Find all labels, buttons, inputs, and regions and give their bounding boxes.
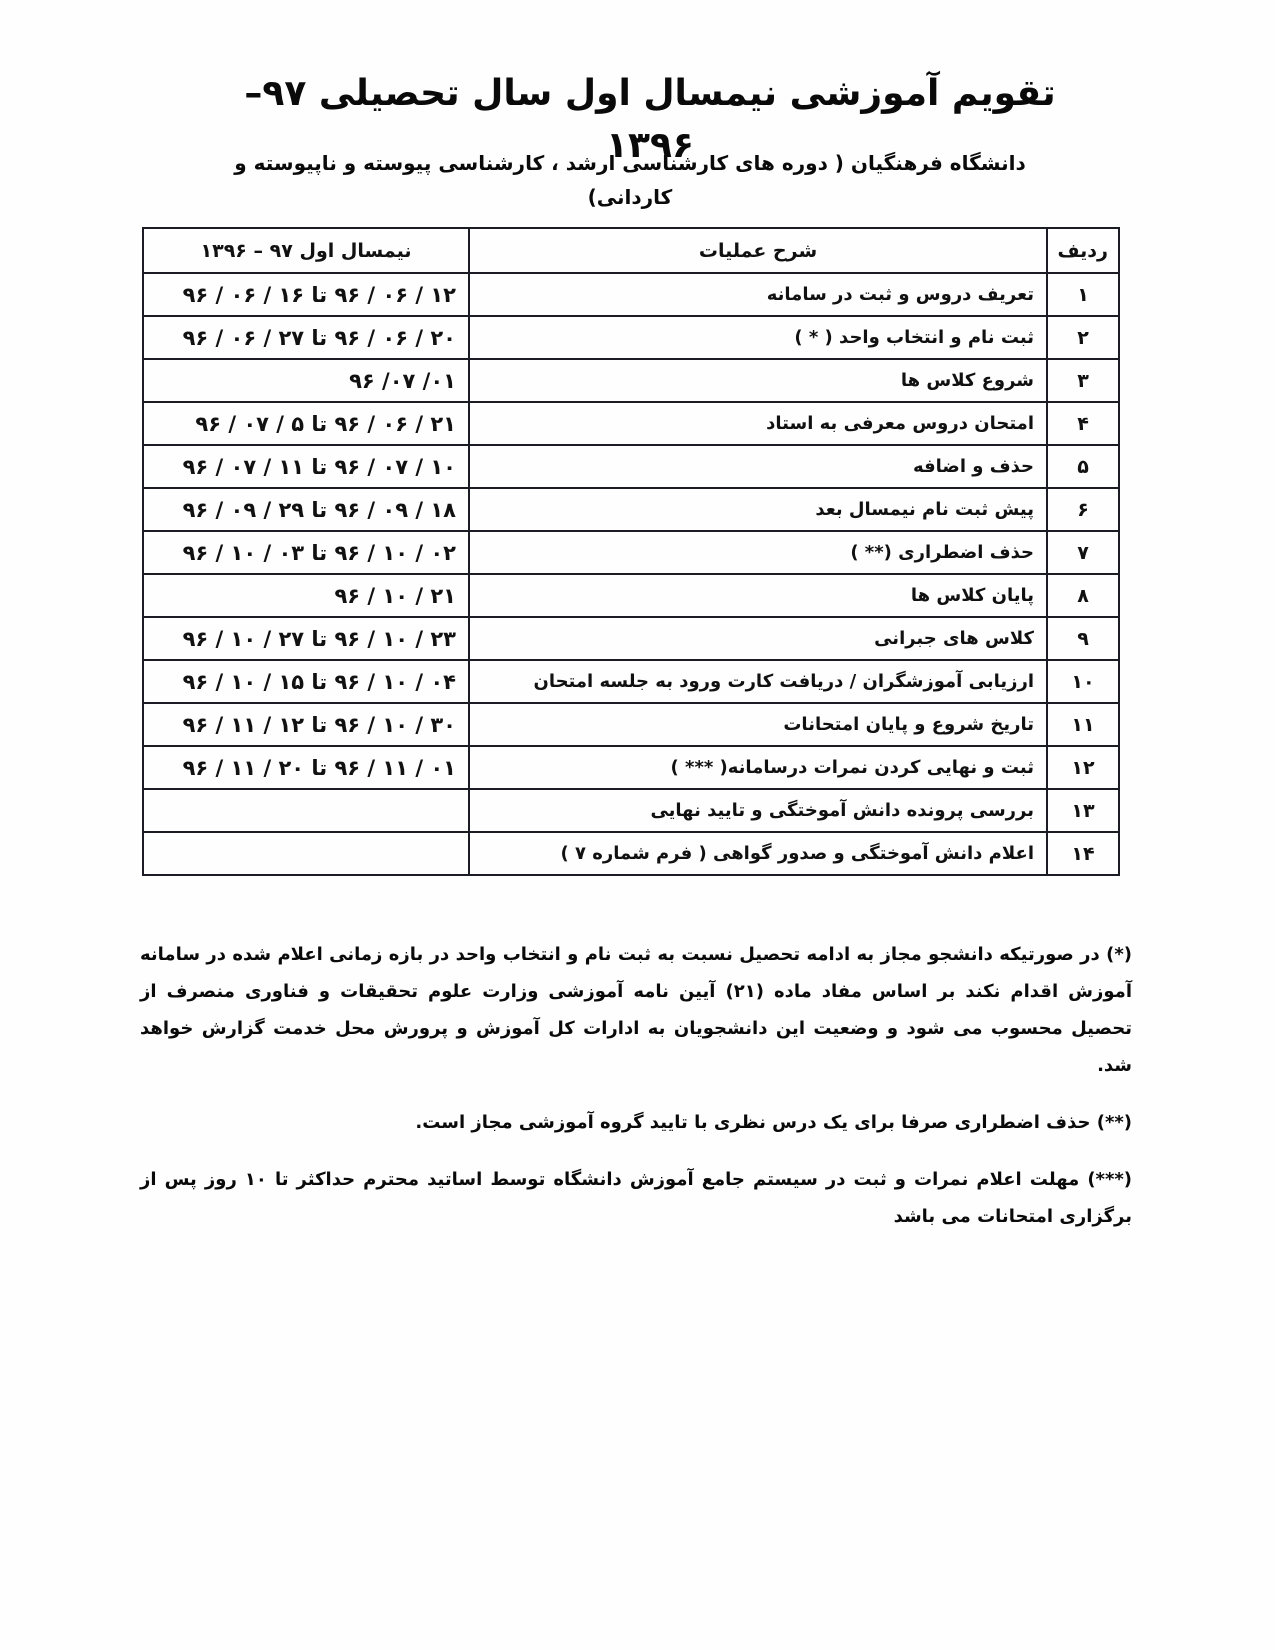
footnote-single-asterisk: (*) در صورتیکه دانشجو مجاز به ادامه تحصی…	[140, 936, 1132, 1084]
row-description: پایان کلاس ها	[469, 574, 1047, 617]
row-number: ۸	[1047, 574, 1119, 617]
table-row: ۱۲ ثبت و نهایی کردن نمرات درسامانه( *** …	[143, 746, 1119, 789]
row-date: ۲۱ / ۰۶ / ۹۶ تا ۵ / ۰۷ / ۹۶	[143, 402, 469, 445]
row-date: ۲۰ / ۰۶ / ۹۶ تا ۲۷ / ۰۶ / ۹۶	[143, 316, 469, 359]
row-date: ۰۱/ ۰۷/ ۹۶	[143, 359, 469, 402]
table-row: ۴ امتحان دروس معرفی به استاد ۲۱ / ۰۶ / ۹…	[143, 402, 1119, 445]
header-description: شرح عملیات	[469, 228, 1047, 273]
row-number: ۳	[1047, 359, 1119, 402]
row-number: ۴	[1047, 402, 1119, 445]
table-row: ۱۱ تاریخ شروع و پایان امتحانات ۳۰ / ۱۰ /…	[143, 703, 1119, 746]
document-page: تقویم آموزشی نیمسال اول سال تحصیلی ۹۷–۱۳…	[0, 0, 1275, 1650]
row-description: حذف اضطراری (** )	[469, 531, 1047, 574]
row-description: پیش ثبت نام نیمسال بعد	[469, 488, 1047, 531]
row-number: ۵	[1047, 445, 1119, 488]
table-row: ۲ ثبت نام و انتخاب واحد ( * ) ۲۰ / ۰۶ / …	[143, 316, 1119, 359]
row-description: امتحان دروس معرفی به استاد	[469, 402, 1047, 445]
header-row-number: ردیف	[1047, 228, 1119, 273]
footnote-double-asterisk: (**) حذف اضطراری صرفا برای یک درس نظری ب…	[140, 1104, 1132, 1141]
table-row: ۹ کلاس های جبرانی ۲۳ / ۱۰ / ۹۶ تا ۲۷ / ۱…	[143, 617, 1119, 660]
row-description: ثبت و نهایی کردن نمرات درسامانه( *** )	[469, 746, 1047, 789]
row-description: تاریخ شروع و پایان امتحانات	[469, 703, 1047, 746]
table-row: ۵ حذف و اضافه ۱۰ / ۰۷ / ۹۶ تا ۱۱ / ۰۷ / …	[143, 445, 1119, 488]
row-description: شروع کلاس ها	[469, 359, 1047, 402]
row-description: بررسی پرونده دانش آموختگی و تایید نهایی	[469, 789, 1047, 832]
row-date	[143, 789, 469, 832]
table-row: ۳ شروع کلاس ها ۰۱/ ۰۷/ ۹۶	[143, 359, 1119, 402]
row-number: ۱	[1047, 273, 1119, 316]
table-row: ۶ پیش ثبت نام نیمسال بعد ۱۸ / ۰۹ / ۹۶ تا…	[143, 488, 1119, 531]
page-subtitle: دانشگاه فرهنگیان ( دوره های کارشناسی ارش…	[220, 146, 1040, 214]
table-row: ۷ حذف اضطراری (** ) ۰۲ / ۱۰ / ۹۶ تا ۰۳ /…	[143, 531, 1119, 574]
row-date: ۱۰ / ۰۷ / ۹۶ تا ۱۱ / ۰۷ / ۹۶	[143, 445, 469, 488]
table-row: ۱ تعریف دروس و ثبت در سامانه ۱۲ / ۰۶ / ۹…	[143, 273, 1119, 316]
row-description: کلاس های جبرانی	[469, 617, 1047, 660]
row-date: ۲۳ / ۱۰ / ۹۶ تا ۲۷ / ۱۰ / ۹۶	[143, 617, 469, 660]
row-date: ۰۲ / ۱۰ / ۹۶ تا ۰۳ / ۱۰ / ۹۶	[143, 531, 469, 574]
table-row: ۱۴ اعلام دانش آموختگی و صدور گواهی ( فرم…	[143, 832, 1119, 875]
table-row: ۸ پایان کلاس ها ۲۱ / ۱۰ / ۹۶	[143, 574, 1119, 617]
row-description: ثبت نام و انتخاب واحد ( * )	[469, 316, 1047, 359]
footnotes: (*) در صورتیکه دانشجو مجاز به ادامه تحصی…	[140, 936, 1132, 1255]
row-date: ۲۱ / ۱۰ / ۹۶	[143, 574, 469, 617]
row-date: ۰۱ / ۱۱ / ۹۶ تا ۲۰ / ۱۱ / ۹۶	[143, 746, 469, 789]
row-number: ۱۳	[1047, 789, 1119, 832]
row-date	[143, 832, 469, 875]
row-number: ۹	[1047, 617, 1119, 660]
row-number: ۱۰	[1047, 660, 1119, 703]
row-date: ۳۰ / ۱۰ / ۹۶ تا ۱۲ / ۱۱ / ۹۶	[143, 703, 469, 746]
table-header-row: ردیف شرح عملیات نیمسال اول ۹۷ – ۱۳۹۶	[143, 228, 1119, 273]
row-description: ارزیابی آموزشگران / دریافت کارت ورود به …	[469, 660, 1047, 703]
table-row: ۱۰ ارزیابی آموزشگران / دریافت کارت ورود …	[143, 660, 1119, 703]
row-number: ۲	[1047, 316, 1119, 359]
row-number: ۱۲	[1047, 746, 1119, 789]
table-row: ۱۳ بررسی پرونده دانش آموختگی و تایید نها…	[143, 789, 1119, 832]
row-number: ۱۱	[1047, 703, 1119, 746]
row-number: ۷	[1047, 531, 1119, 574]
academic-calendar-table: ردیف شرح عملیات نیمسال اول ۹۷ – ۱۳۹۶ ۱ ت…	[142, 227, 1120, 876]
row-description: تعریف دروس و ثبت در سامانه	[469, 273, 1047, 316]
row-number: ۱۴	[1047, 832, 1119, 875]
header-semester: نیمسال اول ۹۷ – ۱۳۹۶	[143, 228, 469, 273]
row-date: ۱۲ / ۰۶ / ۹۶ تا ۱۶ / ۰۶ / ۹۶	[143, 273, 469, 316]
row-date: ۱۸ / ۰۹ / ۹۶ تا ۲۹ / ۰۹ / ۹۶	[143, 488, 469, 531]
row-description: اعلام دانش آموختگی و صدور گواهی ( فرم شم…	[469, 832, 1047, 875]
row-date: ۰۴ / ۱۰ / ۹۶ تا ۱۵ / ۱۰ / ۹۶	[143, 660, 469, 703]
footnote-triple-asterisk: (***) مهلت اعلام نمرات و ثبت در سیستم جا…	[140, 1161, 1132, 1235]
row-description: حذف و اضافه	[469, 445, 1047, 488]
row-number: ۶	[1047, 488, 1119, 531]
